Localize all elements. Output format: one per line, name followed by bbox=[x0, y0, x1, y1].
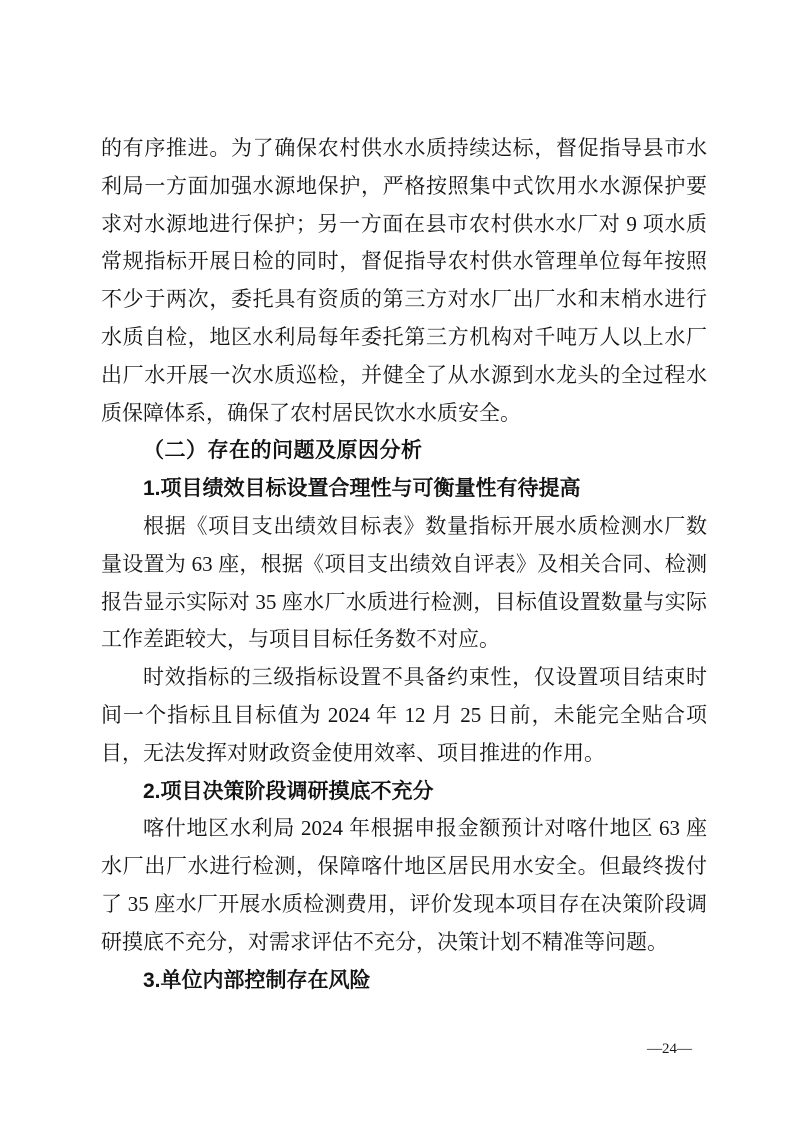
body-paragraph-goal-quantity: 根据《项目支出绩效目标表》数量指标开展水质检测水厂数量设置为 63 座，根据《项… bbox=[101, 508, 707, 659]
document-body: 的有序推进。为了确保农村供水水质持续达标，督促指导县市水利局一方面加强水源地保护… bbox=[101, 130, 707, 999]
page-number: —24— bbox=[647, 1040, 692, 1058]
document-page: 的有序推进。为了确保农村供水水质持续达标，督促指导县市水利局一方面加强水源地保护… bbox=[0, 0, 793, 1122]
body-paragraph-decision-detail: 喀什地区水利局 2024 年根据申报金额预计对喀什地区 63 座水厂出厂水进行检… bbox=[101, 810, 707, 961]
subsection-heading-3-internal-control: 3.单位内部控制存在风险 bbox=[101, 962, 707, 1000]
subsection-heading-2-decision-research: 2.项目决策阶段调研摸底不充分 bbox=[101, 773, 707, 811]
section-heading-problems-analysis: （二）存在的问题及原因分析 bbox=[101, 432, 707, 470]
body-paragraph-continued: 的有序推进。为了确保农村供水水质持续达标，督促指导县市水利局一方面加强水源地保护… bbox=[101, 130, 707, 432]
body-paragraph-time-indicator: 时效指标的三级指标设置不具备约束性，仅设置项目结束时间一个指标且目标值为 202… bbox=[101, 659, 707, 772]
subsection-heading-1-goal-setting: 1.项目绩效目标设置合理性与可衡量性有待提高 bbox=[101, 470, 707, 508]
